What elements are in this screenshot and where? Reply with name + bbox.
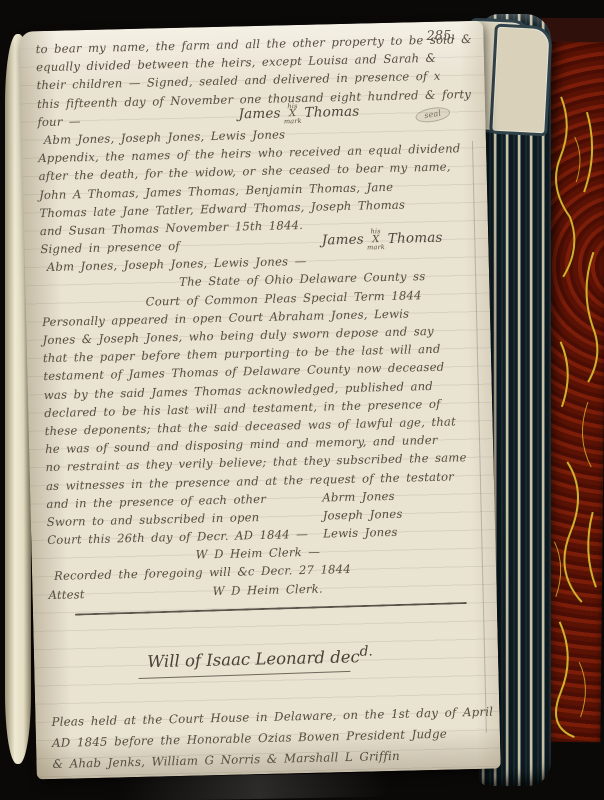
signature-james-thomas: James his X mark Thomas — [238, 102, 359, 127]
manuscript-line: four — — [37, 112, 81, 131]
signature-given-name: James — [322, 233, 364, 247]
leonard-will-opening: Pleas held at the Court House in Delawar… — [51, 702, 486, 775]
heading-superscript: d. — [359, 643, 373, 659]
his-x-mark: his X mark — [367, 228, 385, 250]
marbled-cover — [544, 42, 604, 743]
manuscript-page: 285. to bear my name, the farm and all t… — [19, 21, 500, 780]
attest-label: Attest — [48, 585, 85, 604]
mark-label: mark — [367, 244, 385, 251]
plastic-sleeve-glare — [118, 773, 388, 800]
signature-surname: Thomas — [388, 231, 443, 246]
signature-surname: Thomas — [304, 106, 359, 121]
manuscript-text: to bear my name, the farm and all the ot… — [35, 30, 486, 775]
signature-given-name: James — [238, 108, 280, 122]
signature-james-thomas: James his X mark Thomas — [321, 227, 442, 252]
witness-signature: Lewis Jones — [323, 521, 481, 543]
heading-underline — [139, 671, 351, 679]
his-x-mark: his X mark — [283, 103, 301, 125]
marble-veins — [544, 42, 604, 743]
will-heading-text: Will of Isaac Leonard dec — [147, 647, 360, 671]
section-divider-rule — [75, 602, 467, 616]
mark-label: mark — [284, 118, 302, 125]
leaf-corner — [489, 24, 553, 137]
book-photograph: 285. to bear my name, the farm and all t… — [0, 0, 604, 800]
will-heading: Will of Isaac Leonard decd. — [110, 642, 410, 672]
